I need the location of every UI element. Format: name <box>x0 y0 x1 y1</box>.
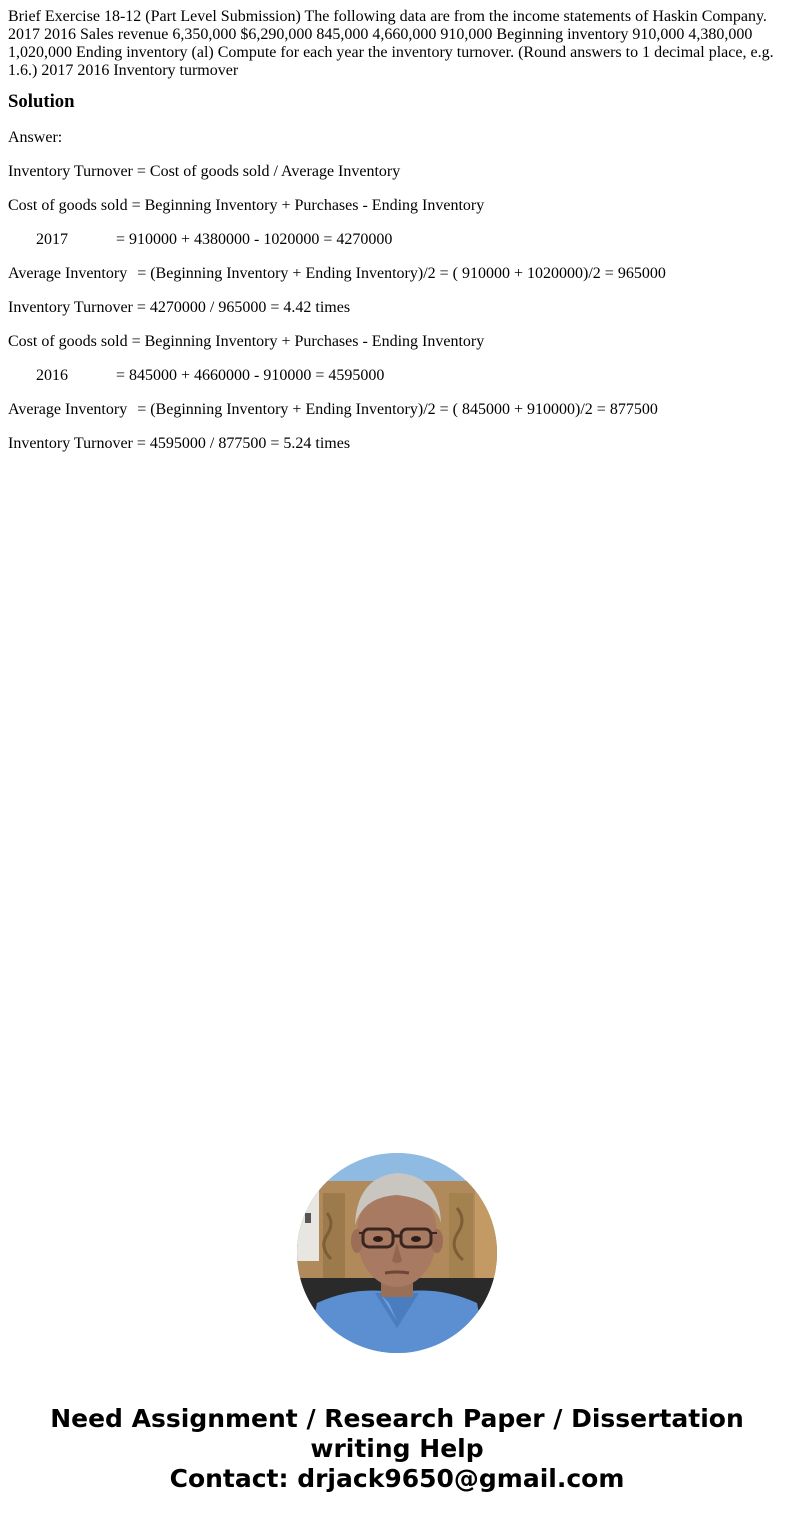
avg-label-2016: Average Inventory <box>8 401 127 418</box>
cogs-calc-value-2016: = 845000 + 4660000 - 910000 = 4595000 <box>116 367 384 384</box>
turnover-result-2016: Inventory Turnover = 4595000 / 877500 = … <box>8 435 786 453</box>
cogs-calc-2016: 2016= 845000 + 4660000 - 910000 = 459500… <box>8 367 786 385</box>
avg-label-2017: Average Inventory <box>8 265 127 282</box>
question-text: Brief Exercise 18-12 (Part Level Submiss… <box>8 8 786 80</box>
promo-banner: Need Assignment / Research Paper / Disse… <box>0 1404 794 1494</box>
avg-inventory-2017: Average Inventory= (Beginning Inventory … <box>8 265 786 283</box>
turnover-result-2017: Inventory Turnover = 4270000 / 965000 = … <box>8 299 786 317</box>
avg-calc-2016: = (Beginning Inventory + Ending Inventor… <box>137 401 658 418</box>
cogs-calc-2017: 2017= 910000 + 4380000 - 1020000 = 42700… <box>8 231 786 249</box>
answer-label: Answer: <box>8 129 786 147</box>
promo-line-1: Need Assignment / Research Paper / Disse… <box>0 1404 794 1434</box>
avg-inventory-2016: Average Inventory= (Beginning Inventory … <box>8 401 786 419</box>
promo-line-2: writing Help <box>0 1434 794 1464</box>
promo-contact: Contact: drjack9650@gmail.com <box>0 1464 794 1494</box>
page-content: Brief Exercise 18-12 (Part Level Submiss… <box>0 0 794 453</box>
year-label-2016: 2016 <box>36 367 116 385</box>
tutor-avatar <box>297 1153 497 1353</box>
answer-block: Answer: Inventory Turnover = Cost of goo… <box>8 129 786 453</box>
avg-calc-2017: = (Beginning Inventory + Ending Inventor… <box>137 265 666 282</box>
cogs-formula-2017: Cost of goods sold = Beginning Inventory… <box>8 197 786 215</box>
solution-heading: Solution <box>8 91 786 113</box>
portrait-icon <box>297 1153 497 1353</box>
turnover-formula: Inventory Turnover = Cost of goods sold … <box>8 163 786 181</box>
cogs-formula-2016: Cost of goods sold = Beginning Inventory… <box>8 333 786 351</box>
year-label-2017: 2017 <box>36 231 116 249</box>
cogs-calc-value-2017: = 910000 + 4380000 - 1020000 = 4270000 <box>116 231 392 248</box>
